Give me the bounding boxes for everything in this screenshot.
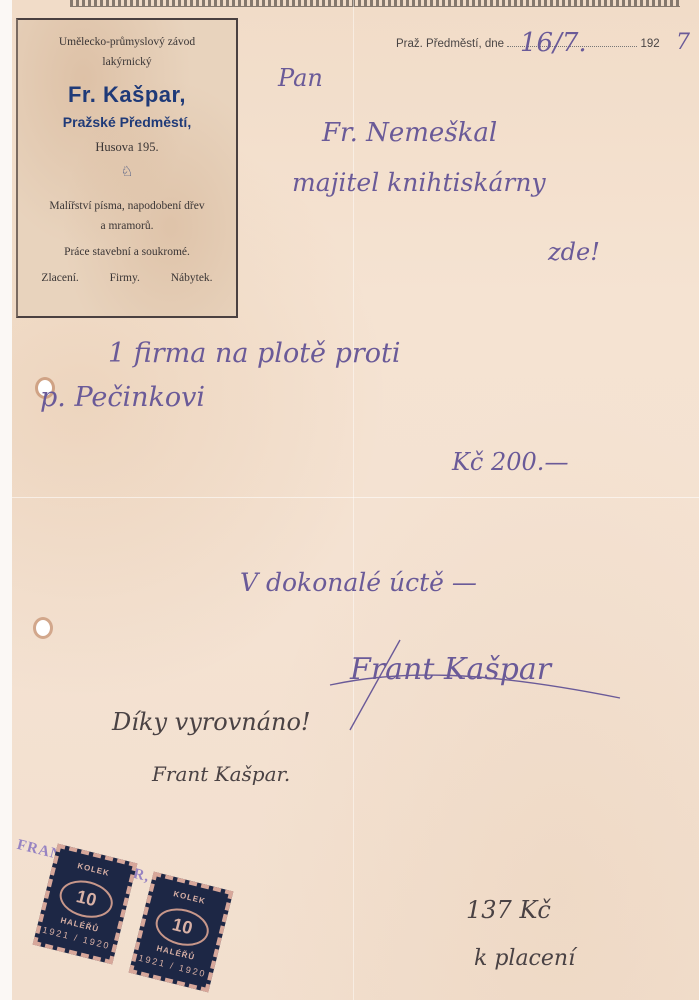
item-line2: p. Pečinkovi [40,382,205,413]
date-printed-prefix: Praž. Předměstí, dne [396,38,504,50]
amount: Kč 200.— [452,448,568,476]
pencil-note-amount: 137 Kč [466,896,551,924]
letterhead-line1: Umělecko-průmyslový závod [18,36,236,48]
letterhead-line2: lakýrnický [18,56,236,68]
punch-hole-bottom [36,620,50,636]
service-furniture: Nábytek. [171,272,213,284]
acknowledgement-text: Díky vyrovnáno! [112,708,311,736]
company-address: Husova 195. [18,140,236,155]
services-line4: Zlacení. Firmy. Nábytek. [18,272,236,284]
service-gilding: Zlacení. [41,272,78,284]
letterhead-label: Umělecko-průmyslový závod lakýrnický Fr.… [16,18,238,318]
signature-flourish [320,630,650,740]
company-location: Pražské Předměstí, [18,114,236,130]
acknowledgement-signature: Frant Kašpar. [152,762,290,786]
company-name: Fr. Kašpar, [18,82,236,108]
item-line1: 1 firma na plotě proti [108,338,401,369]
pencil-note-label: k placení [474,946,575,971]
recipient-title: majitel knihtiskárny [292,168,546,197]
recipient-name: Fr. Nemeškal [322,118,497,148]
handwritten-year-digit: 7 [676,30,690,55]
salutation: Pan [278,64,323,92]
services-line1: Malířství písma, napodobení dřev [18,200,236,212]
bell-logo-icon: ♘ [18,164,236,181]
handwritten-date: 16/7. [520,28,587,58]
closing-text: V dokonalé úctě — [240,568,477,597]
service-signs: Firmy. [110,272,140,284]
horizontal-fold-line [12,497,699,498]
services-line2: a mramorů. [18,220,236,232]
date-year-prefix: 192 [640,38,659,50]
decorative-top-border [70,0,680,7]
recipient-place: zde! [548,238,600,266]
vertical-fold-line [353,0,354,1000]
services-line3: Práce stavební a soukromé. [18,246,236,258]
